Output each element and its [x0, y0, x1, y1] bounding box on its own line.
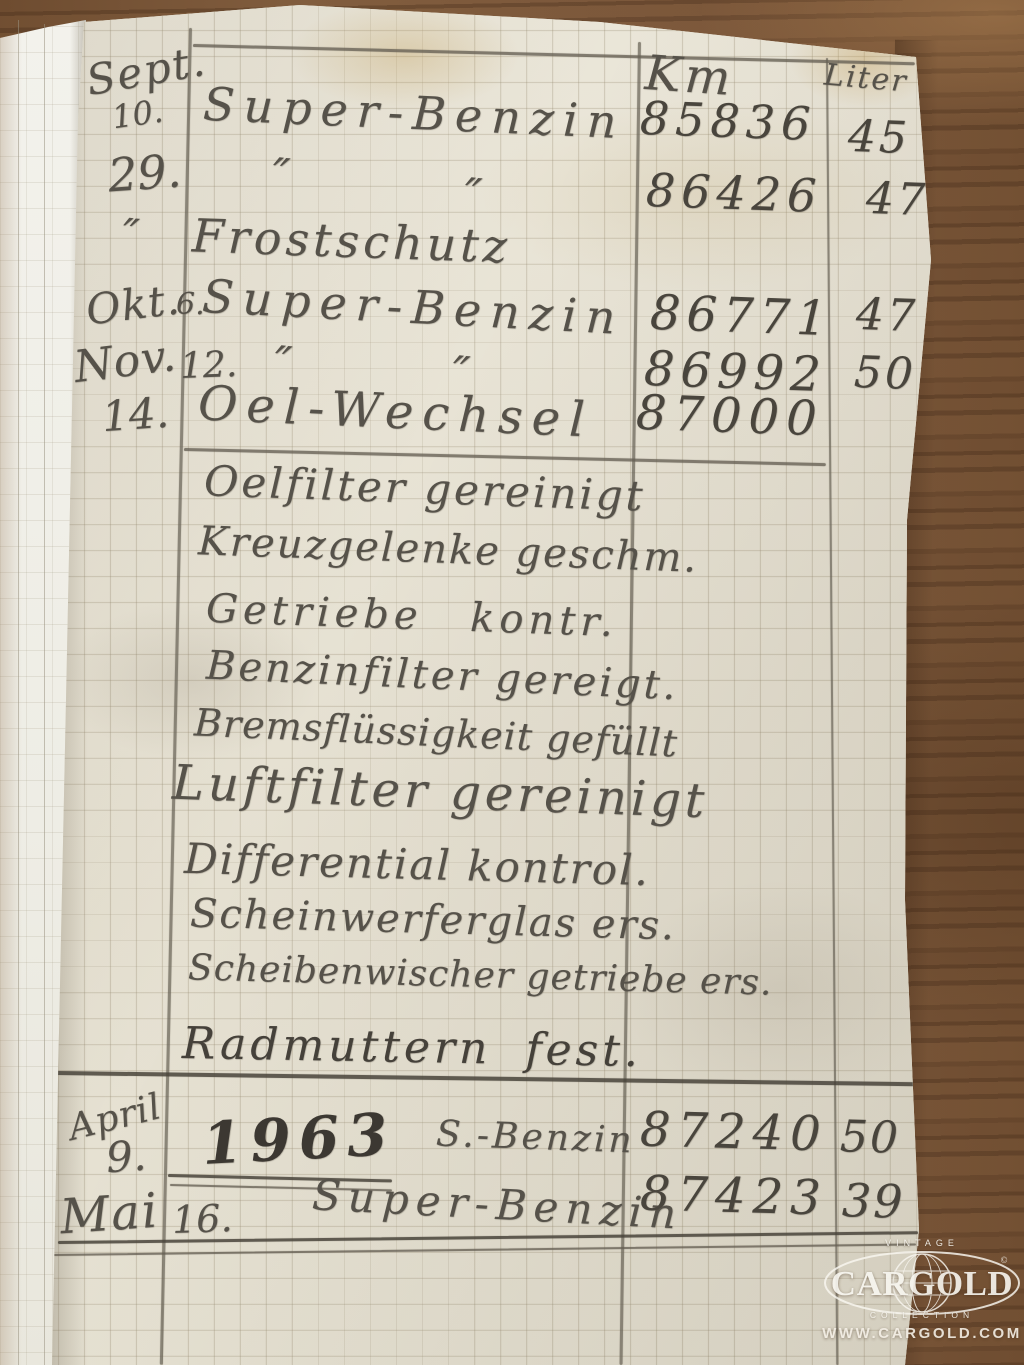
- service-item-differential: Differential kontrol.: [184, 838, 651, 892]
- row1963b-liter: 39: [841, 1177, 905, 1225]
- row1-liter: 47: [865, 177, 928, 223]
- logbook-photo: Km Liter Sept. 10. Super-Benzin 85836 45…: [0, 0, 1024, 1365]
- watermark-vintage-label: VINTAGE: [820, 1238, 1024, 1248]
- row3-month: Okt.: [84, 278, 183, 331]
- row1963a-desc: S.-Benzin: [435, 1117, 635, 1160]
- row3-km: 86771: [649, 289, 833, 343]
- row1963a-km: 87240: [639, 1106, 828, 1159]
- row1963b-desc: Super-Benzin: [311, 1174, 684, 1235]
- watermark-brand: CARGOLD: [820, 1264, 1024, 1304]
- row0-desc: Super-Benzin: [202, 81, 626, 145]
- service-item-gearbox: Getriebe kontr.: [205, 589, 618, 643]
- row3-desc: Super-Benzin: [201, 273, 625, 341]
- page-edge-line-2: [44, 24, 45, 1365]
- notebook-page: Km Liter Sept. 10. Super-Benzin 85836 45…: [0, 0, 1024, 1365]
- bottom-line-2: [54, 1243, 916, 1256]
- row1963b-month: Mai: [58, 1187, 160, 1242]
- service-item-wiper-gear: Scheibenwischer getriebe ers.: [188, 950, 773, 1001]
- row4-liter: 50: [853, 351, 916, 397]
- row0-day: 10.: [110, 95, 165, 134]
- row1-ditto-1: ″: [270, 151, 292, 199]
- watermark-collection-label: COLLECTION: [820, 1310, 1024, 1320]
- row1-day: 29.: [106, 148, 182, 199]
- row0-km: 85836: [639, 95, 817, 147]
- row2-desc: Frostschutz: [191, 212, 511, 269]
- watermark-website: WWW.CARGOLD.COM: [820, 1325, 1024, 1342]
- row5-km: 87000: [635, 389, 824, 444]
- column-line-liter: [826, 58, 838, 1365]
- row3-liter: 47: [855, 293, 918, 339]
- row1963a-day: 9.: [105, 1135, 148, 1180]
- row1963b-km: 87423: [639, 1170, 828, 1223]
- row0-liter: 45: [847, 115, 910, 161]
- row1-ditto-2: ″: [462, 171, 484, 219]
- service-item-brake-fluid: Bremsflüssigkeit gefüllt: [193, 703, 678, 762]
- table-line-top: [193, 44, 915, 65]
- row1963a-liter: 50: [839, 1115, 900, 1161]
- year-1963: 1963: [201, 1105, 397, 1173]
- service-item-u-joints: Kreuzgelenke geschm.: [197, 521, 698, 578]
- row5-desc: Oel-Wechsel: [197, 379, 594, 444]
- service-item-fuel-filter: Benzinfilter gereigt.: [205, 646, 679, 707]
- column-line-date: [160, 28, 192, 1365]
- row1-km: 86426: [645, 167, 823, 219]
- liter-column-header: Liter: [823, 60, 909, 97]
- row5-day: 14.: [101, 392, 171, 439]
- row4-month: Nov.: [72, 334, 179, 390]
- cargold-watermark: VINTAGE CARGOLD © COLLECTION WWW.CARGOLD…: [820, 1228, 1024, 1354]
- service-item-headlight-glass: Scheinwerferglas ers.: [190, 894, 677, 947]
- watermark-copyright: ©: [998, 1255, 1010, 1265]
- service-item-oil-filter: Oelfilter gereinigt: [203, 460, 646, 517]
- page-edge-line-1: [18, 20, 19, 1365]
- service-item-wheel-nuts: Radmuttern fest.: [182, 1022, 643, 1074]
- row1963b-day: 16.: [171, 1199, 233, 1239]
- row2-month-ditto: ″: [120, 213, 141, 258]
